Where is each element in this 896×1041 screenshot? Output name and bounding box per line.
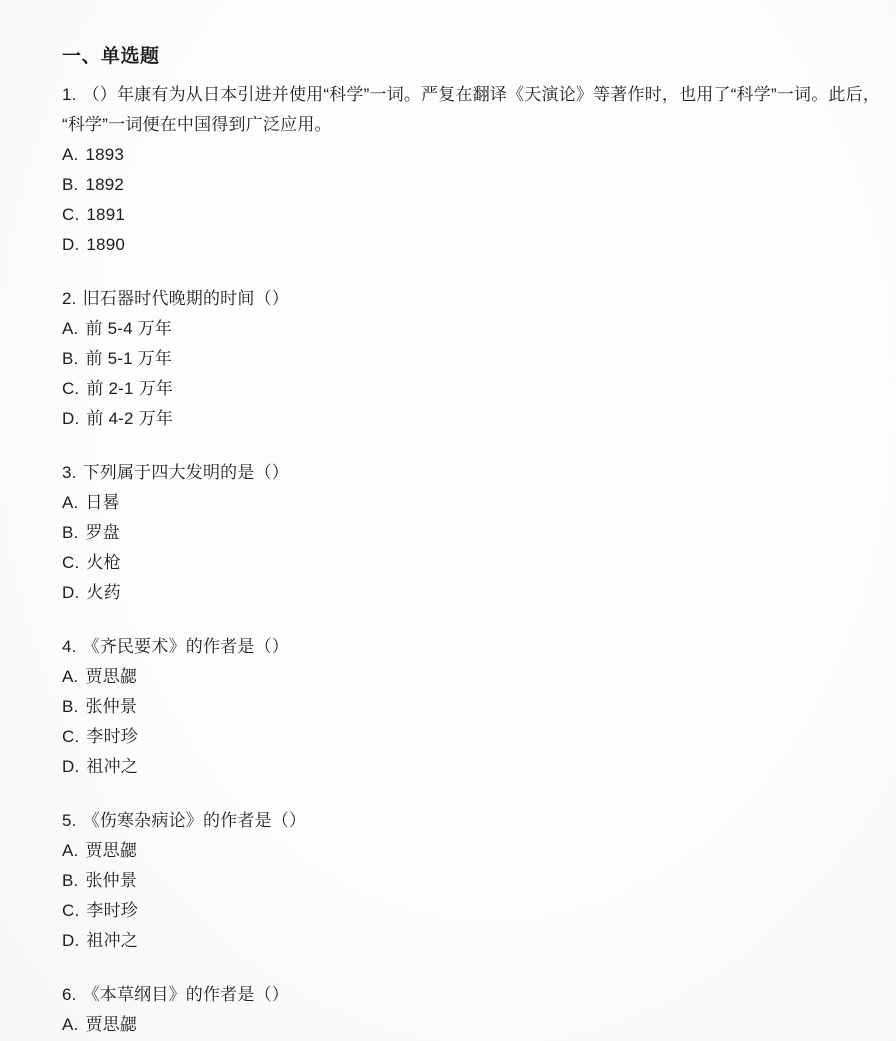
option-label: B. — [62, 697, 78, 716]
question-block: 2.旧石器时代晚期的时间（） A.前 5-4 万年 B.前 5-1 万年 C.前… — [62, 284, 890, 434]
option-label: A. — [62, 1015, 78, 1034]
option-text: 罗盘 — [85, 523, 119, 542]
option-label: D. — [62, 583, 79, 602]
option-label: C. — [62, 727, 79, 746]
option-row: A.贾思勰 — [62, 836, 890, 866]
option-row: D.祖冲之 — [62, 926, 890, 956]
question-block: 5.《伤寒杂病论》的作者是（） A.贾思勰 B.张仲景 C.李时珍 D.祖冲之 — [62, 806, 890, 956]
option-text: 1891 — [86, 205, 125, 224]
option-text: 1892 — [85, 175, 124, 194]
question-block: 4.《齐民要术》的作者是（） A.贾思勰 B.张仲景 C.李时珍 D.祖冲之 — [62, 632, 890, 782]
question-text: 3.下列属于四大发明的是（） — [62, 458, 890, 488]
option-label: C. — [62, 553, 79, 572]
option-row: C.前 2-1 万年 — [62, 374, 890, 404]
option-label: C. — [62, 901, 79, 920]
option-label: D. — [62, 235, 79, 254]
option-row: A.1893 — [62, 140, 890, 170]
option-label: A. — [62, 841, 78, 860]
option-label: B. — [62, 871, 78, 890]
option-row: A.日晷 — [62, 488, 890, 518]
option-label: A. — [62, 319, 78, 338]
option-text: 祖冲之 — [86, 757, 138, 776]
question-body: 下列属于四大发明的是（） — [83, 463, 289, 482]
option-text: 李时珍 — [86, 727, 138, 746]
option-text: 火药 — [86, 583, 120, 602]
option-text: 祖冲之 — [86, 931, 138, 950]
option-row: D.祖冲之 — [62, 752, 890, 782]
question-number: 4. — [62, 637, 77, 656]
option-row: A.前 5-4 万年 — [62, 314, 890, 344]
option-row: D.前 4-2 万年 — [62, 404, 890, 434]
option-row: C.火枪 — [62, 548, 890, 578]
option-row: D.1890 — [62, 230, 890, 260]
option-label: A. — [62, 667, 78, 686]
section-heading: 一、单选题 — [62, 44, 890, 70]
option-text: 火枪 — [86, 553, 120, 572]
option-list: A.贾思勰 B.张仲景 C.李时珍 D.祖冲之 — [62, 662, 890, 782]
option-row: B.前 5-1 万年 — [62, 344, 890, 374]
option-label: B. — [62, 175, 78, 194]
option-text: 张仲景 — [85, 871, 137, 890]
option-row: A.贾思勰 — [62, 662, 890, 692]
option-row: B.张仲景 — [62, 866, 890, 896]
question-text: 2.旧石器时代晚期的时间（） — [62, 284, 890, 314]
option-text: 贾思勰 — [85, 667, 137, 686]
question-text: 4.《齐民要术》的作者是（） — [62, 632, 890, 662]
question-text: 5.《伤寒杂病论》的作者是（） — [62, 806, 890, 836]
option-row: C.李时珍 — [62, 896, 890, 926]
option-row: C.1891 — [62, 200, 890, 230]
question-number: 5. — [62, 811, 77, 830]
option-text: 前 4-2 万年 — [86, 409, 173, 428]
option-text: 李时珍 — [86, 901, 138, 920]
option-list: A.贾思勰 — [62, 1010, 890, 1040]
option-text: 1890 — [86, 235, 125, 254]
question-body: （）年康有为从日本引进并使用“科学”一词。严复在翻译《天演论》等著作时，也用了“… — [62, 85, 880, 134]
question-block: 3.下列属于四大发明的是（） A.日晷 B.罗盘 C.火枪 D.火药 — [62, 458, 890, 608]
option-text: 贾思勰 — [85, 841, 137, 860]
option-label: D. — [62, 409, 79, 428]
option-label: C. — [62, 205, 79, 224]
question-block: 6.《本草纲目》的作者是（） A.贾思勰 — [62, 980, 890, 1040]
option-row: B.1892 — [62, 170, 890, 200]
option-label: A. — [62, 145, 78, 164]
question-number: 1. — [62, 85, 77, 104]
question-block: 1.（）年康有为从日本引进并使用“科学”一词。严复在翻译《天演论》等著作时，也用… — [62, 80, 890, 260]
question-body: 《本草纲目》的作者是（） — [83, 985, 289, 1004]
option-row: B.张仲景 — [62, 692, 890, 722]
question-body: 《齐民要术》的作者是（） — [83, 637, 289, 656]
question-body: 旧石器时代晚期的时间（） — [83, 289, 289, 308]
option-row: B.罗盘 — [62, 518, 890, 548]
option-row: C.李时珍 — [62, 722, 890, 752]
option-label: B. — [62, 349, 78, 368]
question-number: 2. — [62, 289, 77, 308]
question-list: 1.（）年康有为从日本引进并使用“科学”一词。严复在翻译《天演论》等著作时，也用… — [62, 80, 890, 1040]
question-number: 6. — [62, 985, 77, 1004]
option-text: 前 5-1 万年 — [85, 349, 172, 368]
option-row: D.火药 — [62, 578, 890, 608]
question-text: 1.（）年康有为从日本引进并使用“科学”一词。严复在翻译《天演论》等著作时，也用… — [62, 80, 890, 140]
option-label: B. — [62, 523, 78, 542]
option-text: 贾思勰 — [85, 1015, 137, 1034]
option-list: A.前 5-4 万年 B.前 5-1 万年 C.前 2-1 万年 D.前 4-2… — [62, 314, 890, 434]
option-list: A.日晷 B.罗盘 C.火枪 D.火药 — [62, 488, 890, 608]
option-text: 张仲景 — [85, 697, 137, 716]
question-text: 6.《本草纲目》的作者是（） — [62, 980, 890, 1010]
option-list: A.贾思勰 B.张仲景 C.李时珍 D.祖冲之 — [62, 836, 890, 956]
option-text: 前 2-1 万年 — [86, 379, 173, 398]
question-number: 3. — [62, 463, 77, 482]
option-text: 1893 — [85, 145, 124, 164]
option-row: A.贾思勰 — [62, 1010, 890, 1040]
option-label: D. — [62, 931, 79, 950]
question-body: 《伤寒杂病论》的作者是（） — [83, 811, 307, 830]
option-label: C. — [62, 379, 79, 398]
option-text: 日晷 — [85, 493, 119, 512]
option-label: D. — [62, 757, 79, 776]
option-text: 前 5-4 万年 — [85, 319, 172, 338]
option-label: A. — [62, 493, 78, 512]
document-page: 一、单选题 1.（）年康有为从日本引进并使用“科学”一词。严复在翻译《天演论》等… — [0, 0, 896, 1041]
option-list: A.1893 B.1892 C.1891 D.1890 — [62, 140, 890, 260]
